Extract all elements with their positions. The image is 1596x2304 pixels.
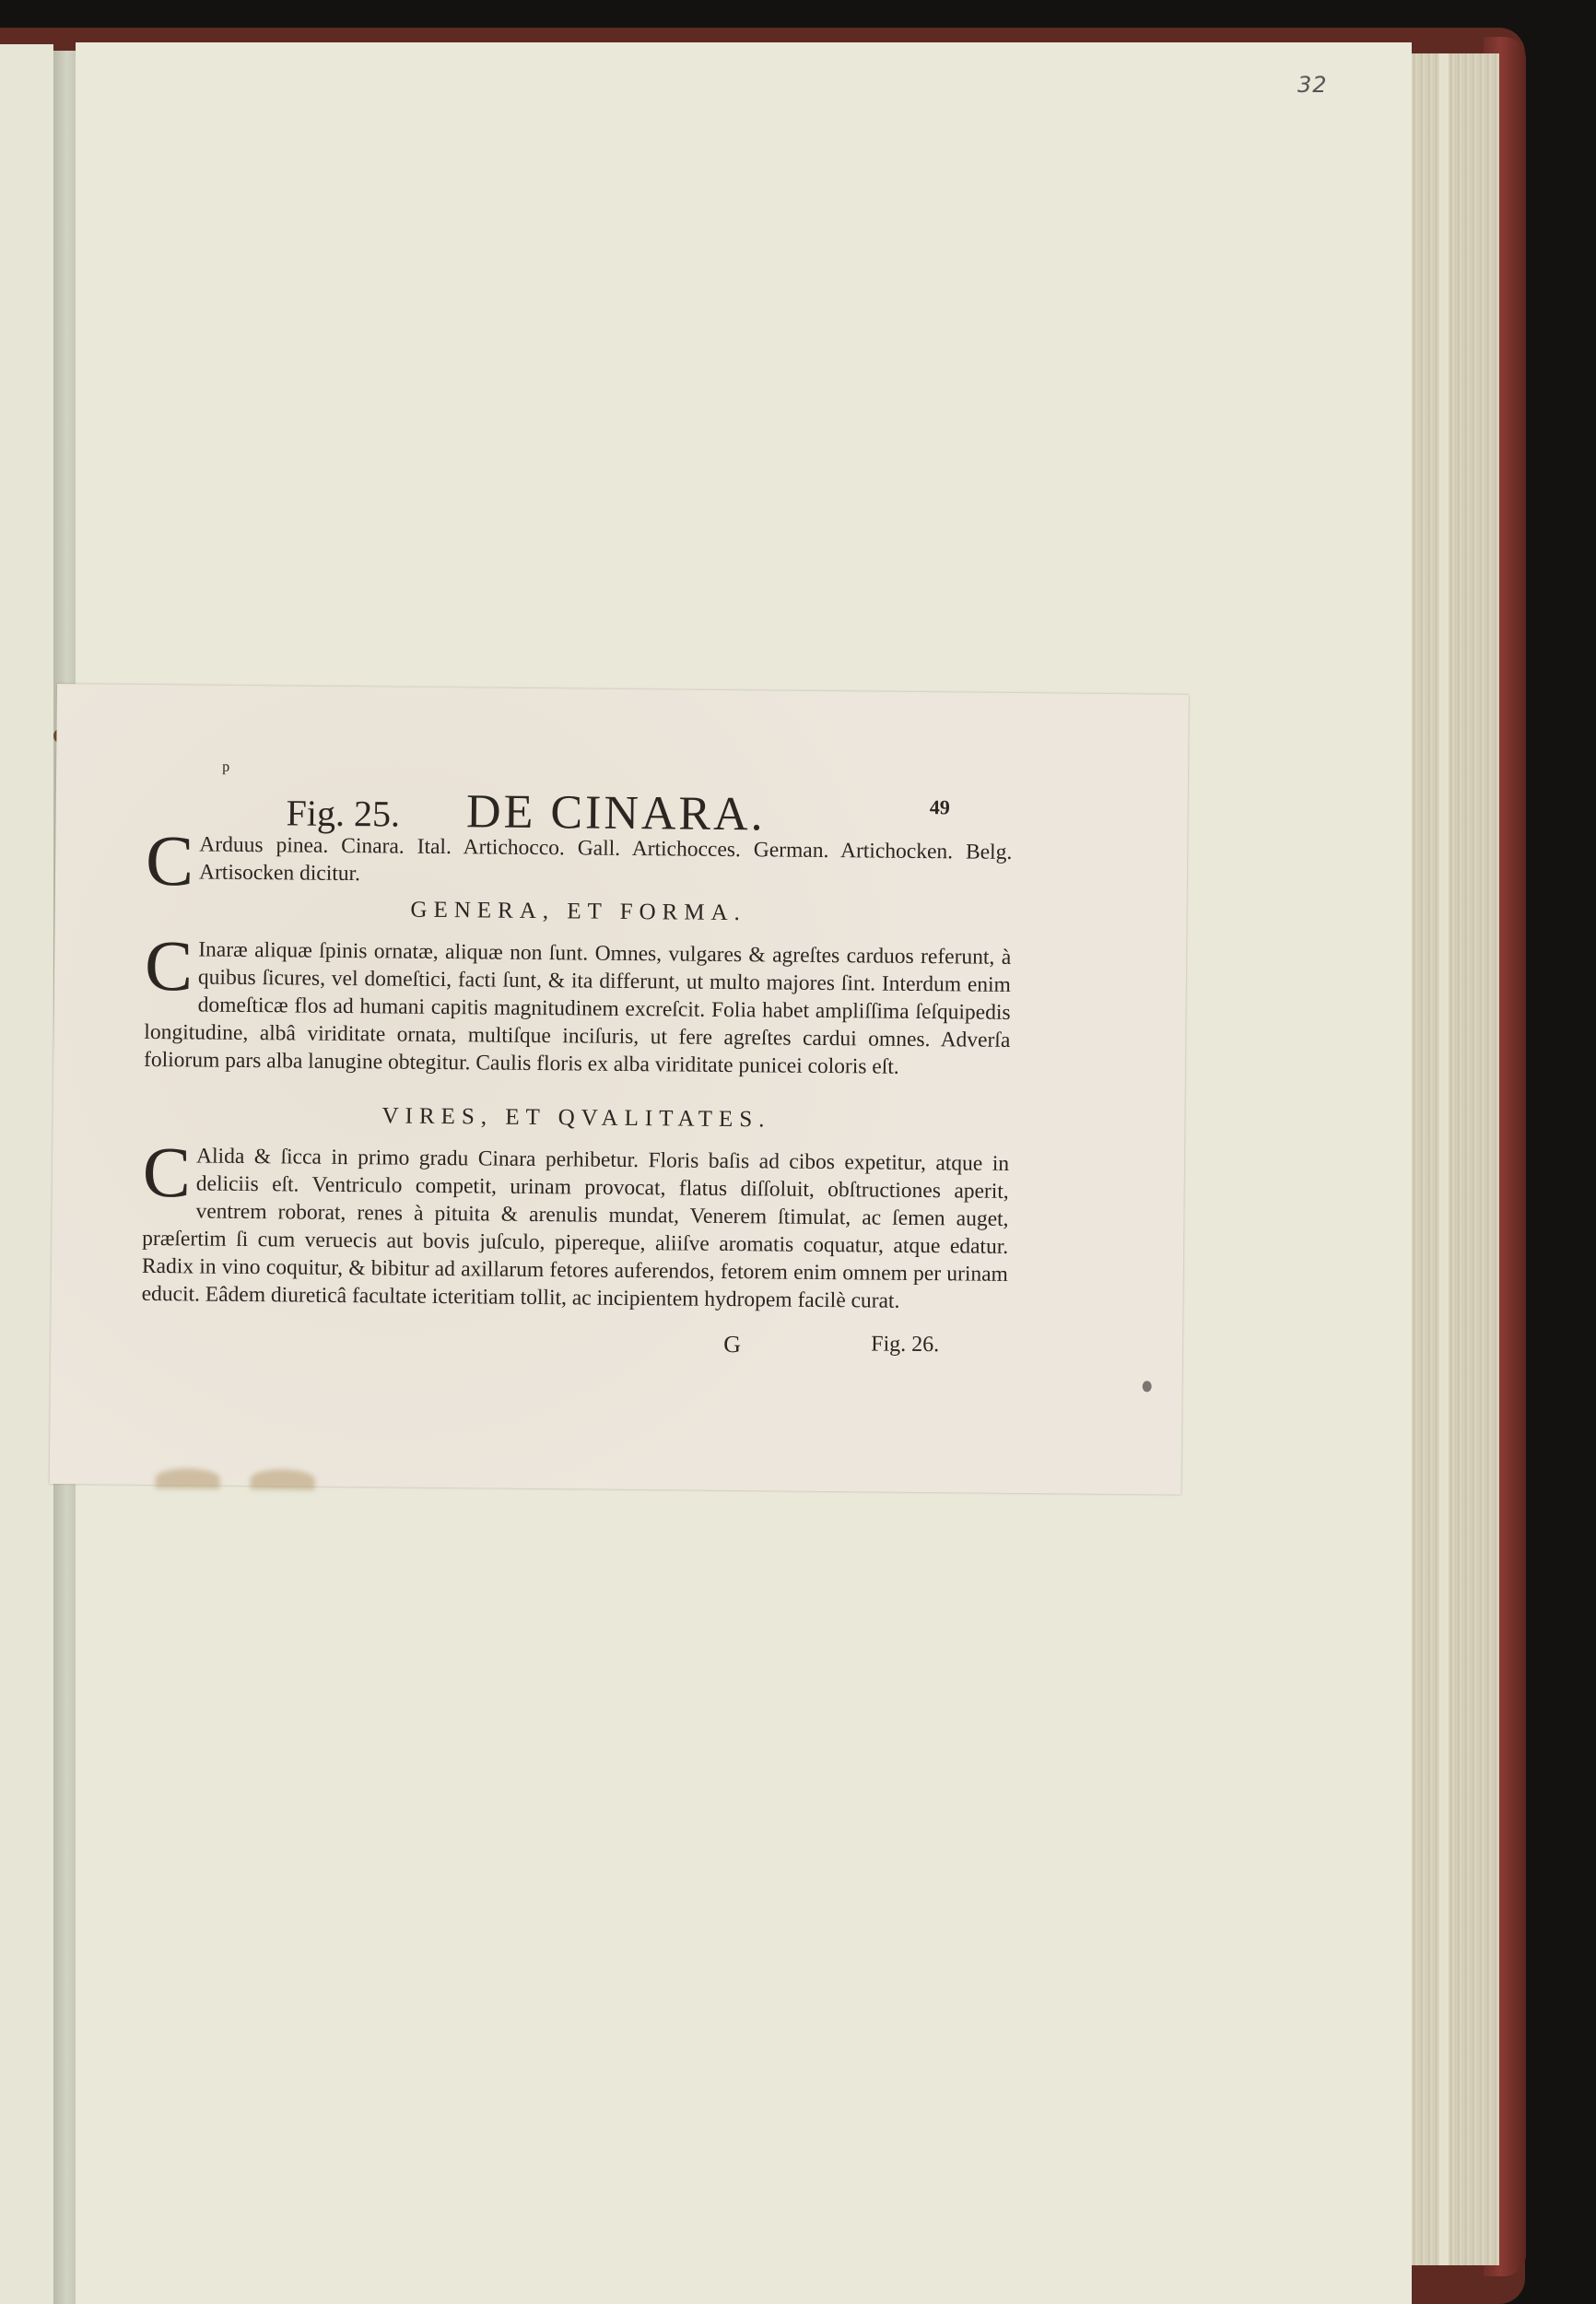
section-heading-vires: VIRES, ET QVALITATES.: [143, 1101, 1009, 1135]
dropcap: C: [143, 1144, 192, 1201]
pasted-text-slip: p Fig. 25. DE CINARA. 49 C Arduus pinea.…: [50, 684, 1189, 1495]
intro-text: Arduus pinea. Cinara. Ital. Artichocco. …: [199, 832, 1012, 886]
section-heading-genera: GENERA, ET FORMA.: [146, 895, 1012, 929]
stain: [251, 1469, 315, 1490]
section-text: Alida & ſicca in primo gradu Cinara perh…: [142, 1144, 1010, 1312]
left-page: [0, 44, 53, 2304]
page-edges: [1412, 53, 1499, 2265]
figure-label: Fig. 25.: [286, 792, 400, 834]
section-paragraph-genera: C Inaræ aliquæ ſpinis ornatæ, aliquæ non…: [144, 935, 1011, 1082]
page-title: DE CINARA.: [466, 785, 766, 840]
section-text: Inaræ aliquæ ſpinis ornatæ, aliquæ non ſ…: [144, 937, 1011, 1078]
corner-mark: p: [222, 759, 229, 776]
catchword: Fig. 26.: [871, 1333, 939, 1358]
section-paragraph-vires: C Alida & ſicca in primo gradu Cinara pe…: [142, 1142, 1010, 1316]
intro-paragraph: C Arduus pinea. Cinara. Ital. Artichocco…: [146, 830, 1013, 898]
stain: [156, 1468, 220, 1489]
dropcap: C: [146, 832, 194, 889]
page-number: 49: [930, 795, 950, 819]
ink-spot: [1143, 1381, 1152, 1392]
folio-number: 32: [1297, 72, 1328, 98]
dropcap: C: [145, 937, 194, 994]
signature-mark: G: [723, 1331, 741, 1358]
